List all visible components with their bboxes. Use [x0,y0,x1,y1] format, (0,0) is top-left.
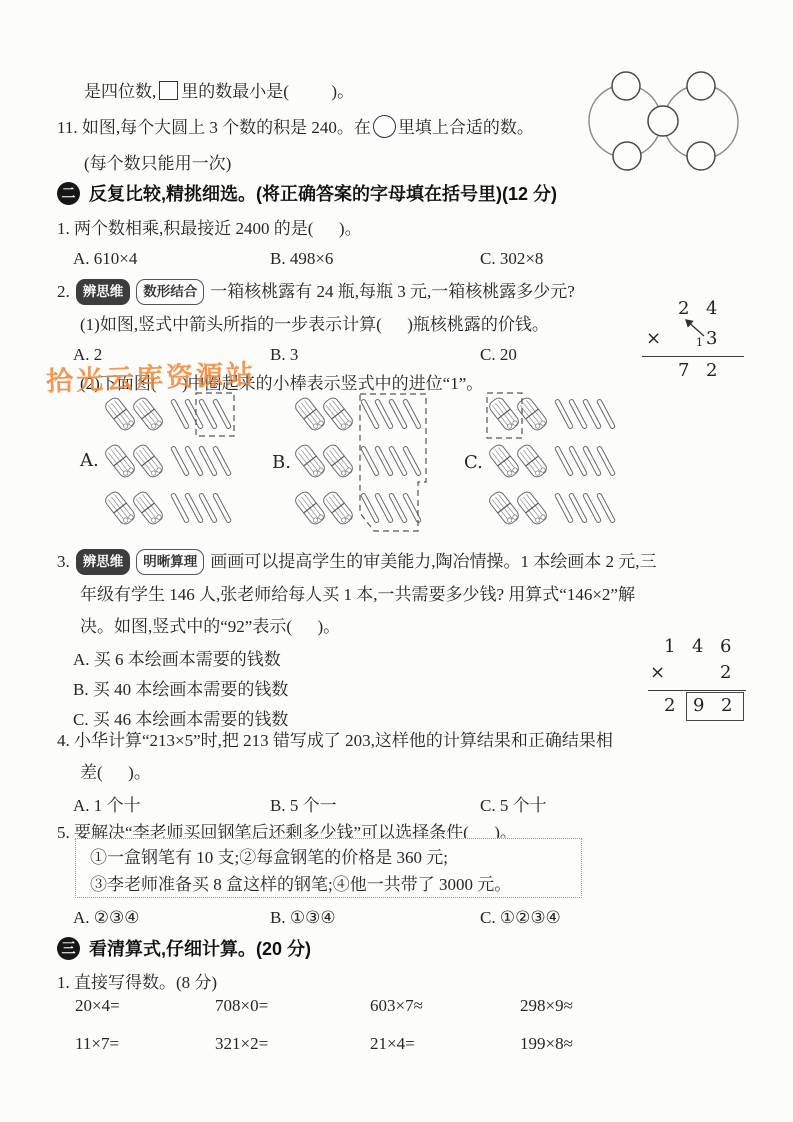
calc-item: 708×0= [215,996,268,1016]
q11-text-post: 里填上合适的数。 [398,118,534,137]
section2-title: 反复比较,精挑细选。(将正确答案的字母填在括号里)(12 分) [89,180,557,206]
small-circle-bottom-left [613,142,641,170]
sticks-group-label: B. [272,452,291,473]
vf2-digit: 6 [720,636,731,657]
small-circle-bottom-right [687,142,715,170]
calc-item: 199×8≈ [520,1034,573,1054]
calc-item: 11×7= [75,1034,119,1054]
vf1-result-digit: 7 [678,360,689,381]
s2-q1-option-b: B. 498×6 [270,249,333,269]
worksheet-page: 拾光云库资源站 是四位数,里的数最小是( )。 11. 如图,每个大圆上 3 个… [0,0,793,1122]
q10-text-post: 里的数最小是( )。 [181,82,354,101]
sticks-figure-b [290,392,440,534]
section3-title: 看清算式,仔细计算。(20 分) [89,935,311,961]
s2-q2-badge-thinking: 辨思维 [76,279,131,305]
s2-q5-option-a: A. ②③④ [73,908,140,928]
vf1-result-digit: 2 [706,360,717,381]
section3-marker-icon: 三 [57,937,80,960]
q11-line: 11. 如图,每个大圆上 3 个数的积是 240。在里填上合适的数。 [57,115,534,140]
calc-item: 603×7≈ [370,996,423,1016]
sticks-group-label: C. [464,452,483,473]
answer-circle-blank [373,115,396,138]
s2-q3-line3: 决。如图,竖式中的“92”表示( )。 [80,615,340,639]
section3-heading: 三 看清算式,仔细计算。(20 分) [57,935,311,961]
vf2-digit: 1 [664,636,675,657]
condition-line-2: ③李老师准备买 8 盒这样的钢笔;④他一共带了 3000 元。 [90,870,511,895]
vertical-form-24x3: 2 4 × 1 3 7 2 [640,296,752,384]
answer-square-box [159,81,178,100]
multiply-sign: × [650,662,665,683]
q10-text-pre: 是四位数, [84,82,156,101]
s2-q2-text: 一箱核桃露有 24 瓶,每瓶 3 元,一箱核桃露多少元? [210,280,575,304]
vf2-digit: 4 [692,636,703,657]
s2-q2-line: 2. 辨思维 数形结合 一箱核桃露有 24 瓶,每瓶 3 元,一箱核桃露多少元? [57,279,575,305]
product-circles-figure [584,60,792,192]
calc-item: 321×2= [215,1034,268,1054]
s2-q3-line2: 年级有学生 146 人,张老师给每人买 1 本,一共需要多少钱? 用算式“146… [80,583,635,607]
small-circle-top-right [687,72,715,100]
s2-q5-option-b: B. ①③④ [270,908,336,928]
s2-q4-option-c: C. 5 个十 [480,791,547,816]
vf2-boxed-digit: 2 [721,695,732,716]
vf2-product-digit: 2 [664,695,675,716]
s2-q3-badge-thinking: 辨思维 [76,549,131,575]
q11-text-pre: 11. 如图,每个大圆上 3 个数的积是 240。在 [57,118,371,137]
s2-q1-text: 1. 两个数相乘,积最接近 2400 的是( )。 [57,217,362,241]
vertical-form-146x2: 1 4 6 × 2 2 9 2 [648,636,750,720]
s2-q4-line1: 4. 小华计算“213×5”时,把 213 错写成了 203,这样他的计算结果和… [57,729,613,753]
small-circle-center [648,106,678,136]
condition-line-1: ①一盒钢笔有 10 支;②每盒钢笔的价格是 360 元; [90,843,448,868]
s2-q2-sub1-option-c: C. 20 [480,345,517,365]
s2-q1-option-a: A. 610×4 [73,249,137,269]
step-arrow-icon [674,312,714,340]
s2-q3-number: 3. [57,550,70,574]
sticks-figure-c [484,392,634,534]
q10-line: 是四位数,里的数最小是( )。 [84,80,354,104]
s2-q2-sub1-option-b: B. 3 [270,345,298,365]
calc-item: 20×4= [75,996,120,1016]
s2-q2-sub1: (1)如图,竖式中箭头所指的一步表示计算( )瓶核桃露的价钱。 [80,313,549,337]
s2-q3-option-b: B. 买 40 本绘画本需要的钱数 [73,675,288,700]
vf2-multiplier: 2 [720,662,731,683]
sticks-group-label: A. [80,450,99,471]
s2-q4-option-a: A. 1 个十 [73,791,141,816]
conditions-box: ①一盒钢笔有 10 支;②每盒钢笔的价格是 360 元; ③李老师准备买 8 盒… [75,838,582,898]
q11-note: (每个数只能用一次) [84,152,231,176]
calc-item: 21×4= [370,1034,415,1054]
vf2-boxed-digit: 9 [693,695,704,716]
multiply-sign: × [646,328,661,349]
s3-sub1: 1. 直接写得数。(8 分) [57,971,217,995]
s2-q4-line2: 差( )。 [80,761,151,785]
s2-q2-sub1-option-a: A. 2 [73,345,102,365]
sticks-figure-a [100,392,250,534]
calc-item: 298×9≈ [520,996,573,1016]
s2-q3-badge-method: 明晰算理 [136,549,204,575]
s2-q3-option-c: C. 买 46 本绘画本需要的钱数 [73,705,288,730]
section2-marker-icon: 二 [57,182,80,205]
s2-q3-text1: 画画可以提高学生的审美能力,陶冶情操。1 本绘画本 2 元,三 [210,550,656,574]
s2-q4-option-b: B. 5 个一 [270,791,337,816]
section2-heading: 二 反复比较,精挑细选。(将正确答案的字母填在括号里)(12 分) [57,180,557,206]
s2-q3-option-a: A. 买 6 本绘画本需要的钱数 [73,645,281,670]
s2-q2-badge-method: 数形结合 [136,279,204,305]
s2-q2-number: 2. [57,280,70,304]
s2-q5-option-c: C. ①②③④ [480,908,561,928]
small-circle-top-left [612,72,640,100]
s2-q1-option-c: C. 302×8 [480,249,543,269]
s2-q3-line1: 3. 辨思维 明晰算理 画画可以提高学生的审美能力,陶冶情操。1 本绘画本 2 … [57,549,657,575]
